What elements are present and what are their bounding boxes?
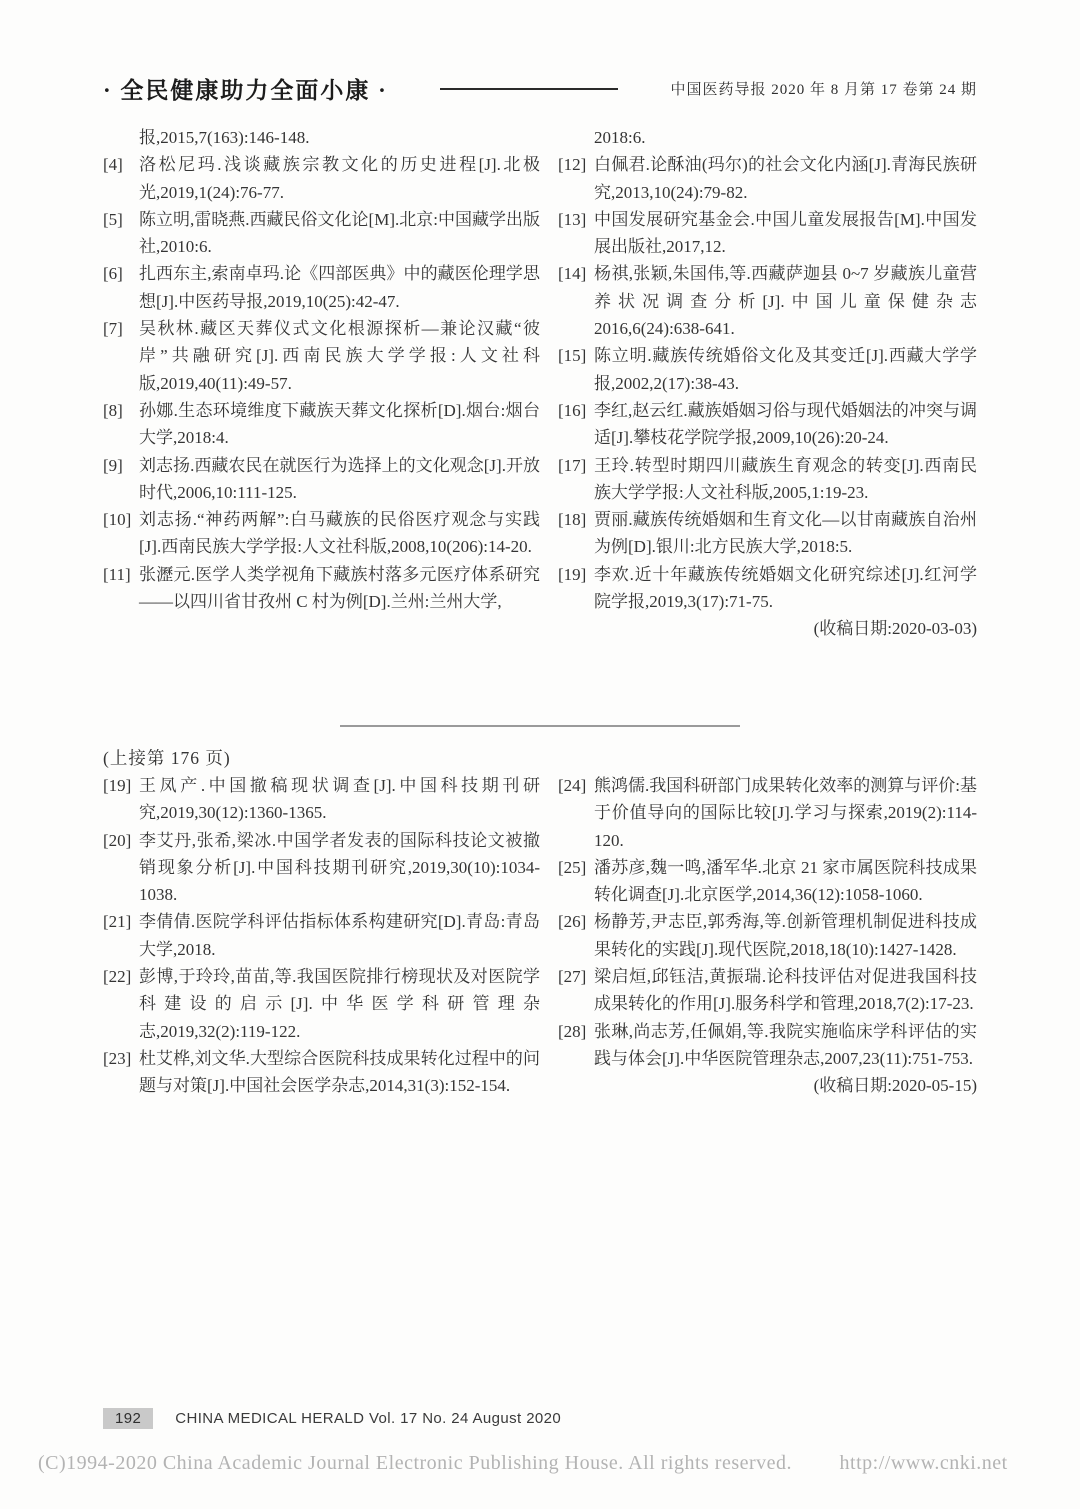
reference-number: [22] bbox=[103, 963, 131, 990]
reference-item: [28]张琳,尚志芳,任佩娟,等.我院实施临床学科评估的实践与体会[J].中华医… bbox=[558, 1018, 977, 1073]
reference-number: [26] bbox=[558, 908, 586, 935]
reference-text: 2018:6. bbox=[594, 128, 645, 147]
references-list-right: 2018:6.[12]白佩君.论酥油(玛尔)的社会文化内涵[J].青海民族研究,… bbox=[558, 124, 977, 615]
journal-page: · 全民健康助力全面小康 · 中国医药导报 2020 年 8 月第 17 卷第 … bbox=[0, 0, 1080, 1509]
reference-item: [27]梁启烜,邱钰洁,黄振瑞.论科技评估对促进我国科技成果转化的作用[J].服… bbox=[558, 963, 977, 1018]
reference-number: [24] bbox=[558, 772, 586, 799]
reference-number: [16] bbox=[558, 397, 586, 424]
reference-number: [14] bbox=[558, 260, 586, 287]
reference-item: [14]杨祺,张颖,朱国伟,等.西藏萨迦县 0~7 岁藏族儿童营养状况调查分析[… bbox=[558, 260, 977, 342]
reference-item: [10]刘志扬.“神药两解”:白马藏族的民俗医疗观念与实践[J].西南民族大学学… bbox=[103, 506, 540, 561]
reference-number: [11] bbox=[103, 561, 131, 588]
reference-text: 贾丽.藏族传统婚姻和生育文化—以甘南藏族自治州为例[D].银川:北方民族大学,2… bbox=[594, 510, 977, 556]
header-divider-line bbox=[440, 88, 618, 90]
reference-item: [15]陈立明.藏族传统婚俗文化及其变迁[J].西藏大学学报,2002,2(17… bbox=[558, 342, 977, 397]
copyright-text: (C)1994-2020 China Academic Journal Elec… bbox=[38, 1452, 792, 1474]
reference-item: [26]杨静芳,尹志臣,郭秀海,等.创新管理机制促进科技成果转化的实践[J].现… bbox=[558, 908, 977, 963]
reference-number: [12] bbox=[558, 151, 586, 178]
reference-item: [17]王玲.转型时期四川藏族生育观念的转变[J].西南民族大学学报:人文社科版… bbox=[558, 452, 977, 507]
reference-item: [18]贾丽.藏族传统婚姻和生育文化—以甘南藏族自治州为例[D].银川:北方民族… bbox=[558, 506, 977, 561]
reference-text: 王凤产.中国撤稿现状调查[J].中国科技期刊研究,2019,30(12):136… bbox=[139, 776, 540, 822]
reference-number: [21] bbox=[103, 908, 131, 935]
references-column-right-2: [24]熊鸿儒.我国科研部门成果转化效率的测算与评价:基于价值导向的国际比较[J… bbox=[558, 772, 977, 1100]
reference-text: 李红,赵云红.藏族婚姻习俗与现代婚姻法的冲突与调适[J].攀枝花学院学报,200… bbox=[594, 401, 977, 447]
section-divider-line bbox=[340, 725, 740, 727]
reference-item: [19]李欢.近十年藏族传统婚姻文化研究综述[J].红河学院学报,2019,3(… bbox=[558, 561, 977, 616]
reference-text: 张琳,尚志芳,任佩娟,等.我院实施临床学科评估的实践与体会[J].中华医院管理杂… bbox=[594, 1022, 977, 1068]
reference-item: [20]李艾丹,张希,梁冰.中国学者发表的国际科技论文被撤销现象分析[J].中国… bbox=[103, 827, 540, 909]
reference-item: [22]彭博,于玲玲,苗苗,等.我国医院排行榜现状及对医院学科建设的启示[J].… bbox=[103, 963, 540, 1045]
references-list-right-2: [24]熊鸿儒.我国科研部门成果转化效率的测算与评价:基于价值导向的国际比较[J… bbox=[558, 772, 977, 1072]
page-number-badge: 192 bbox=[103, 1408, 153, 1429]
reference-text: 梁启烜,邱钰洁,黄振瑞.论科技评估对促进我国科技成果转化的作用[J].服务科学和… bbox=[594, 967, 977, 1013]
reference-item: [8]孙娜.生态环境维度下藏族天葬文化探析[D].烟台:烟台大学,2018:4. bbox=[103, 397, 540, 452]
reference-item: [25]潘苏彦,魏一鸣,潘军华.北京 21 家市属医院科技成果转化调查[J].北… bbox=[558, 854, 977, 909]
reference-item: [11]张瀝元.医学人类学视角下藏族村落多元医疗体系研究——以四川省甘孜州 C … bbox=[103, 561, 540, 616]
reference-item: 2018:6. bbox=[558, 124, 977, 151]
copyright-url: http://www.cnki.net bbox=[840, 1452, 1008, 1474]
reference-item: [24]熊鸿儒.我国科研部门成果转化效率的测算与评价:基于价值导向的国际比较[J… bbox=[558, 772, 977, 854]
reference-text: 中国发展研究基金会.中国儿童发展报告[M].中国发展出版社,2017,12. bbox=[594, 210, 977, 256]
reference-text: 杜艾桦,刘文华.大型综合医院科技成果转化过程中的问题与对策[J].中国社会医学杂… bbox=[139, 1049, 540, 1095]
reference-text: 刘志扬.“神药两解”:白马藏族的民俗医疗观念与实践[J].西南民族大学学报:人文… bbox=[139, 510, 540, 556]
reference-text: 陈立明.藏族传统婚俗文化及其变迁[J].西藏大学学报,2002,2(17):38… bbox=[594, 346, 977, 392]
reference-number: [27] bbox=[558, 963, 586, 990]
reference-text: 扎西东主,索南卓玛.论《四部医典》中的藏医伦理学思想[J].中医药导报,2019… bbox=[139, 264, 540, 310]
page-footer: 192 CHINA MEDICAL HERALD Vol. 17 No. 24 … bbox=[103, 1408, 561, 1429]
reference-number: [6] bbox=[103, 260, 123, 287]
reference-text: 陈立明,雷晓燕.西藏民俗文化论[M].北京:中国藏学出版社,2010:6. bbox=[139, 210, 540, 256]
page-header: · 全民健康助力全面小康 · 中国医药导报 2020 年 8 月第 17 卷第 … bbox=[103, 72, 977, 105]
reference-item: [5]陈立明,雷晓燕.西藏民俗文化论[M].北京:中国藏学出版社,2010:6. bbox=[103, 206, 540, 261]
reference-number: [5] bbox=[103, 206, 123, 233]
reference-item: [4]洛松尼玛.浅谈藏族宗教文化的历史进程[J].北极光,2019,1(24):… bbox=[103, 151, 540, 206]
footer-journal-line: CHINA MEDICAL HERALD Vol. 17 No. 24 Augu… bbox=[175, 1410, 561, 1427]
reference-item: 报,2015,7(163):146-148. bbox=[103, 124, 540, 151]
reference-number: [20] bbox=[103, 827, 131, 854]
header-journal-info: 中国医药导报 2020 年 8 月第 17 卷第 24 期 bbox=[670, 78, 977, 99]
references-column-left: 报,2015,7(163):146-148.[4]洛松尼玛.浅谈藏族宗教文化的历… bbox=[103, 124, 540, 643]
copyright-line: (C)1994-2020 China Academic Journal Elec… bbox=[38, 1452, 1042, 1475]
received-date-section-2: (收稿日期:2020-05-15) bbox=[558, 1072, 977, 1099]
reference-item: [9]刘志扬.西藏农民在就医行为选择上的文化观念[J].开放时代,2006,10… bbox=[103, 452, 540, 507]
references-section-1: 报,2015,7(163):146-148.[4]洛松尼玛.浅谈藏族宗教文化的历… bbox=[103, 124, 977, 643]
reference-item: [13]中国发展研究基金会.中国儿童发展报告[M].中国发展出版社,2017,1… bbox=[558, 206, 977, 261]
reference-text: 李倩倩.医院学科评估指标体系构建研究[D].青岛:青岛大学,2018. bbox=[139, 912, 540, 958]
reference-text: 潘苏彦,魏一鸣,潘军华.北京 21 家市属医院科技成果转化调查[J].北京医学,… bbox=[594, 858, 977, 904]
references-section-2: [19]王凤产.中国撤稿现状调查[J].中国科技期刊研究,2019,30(12)… bbox=[103, 772, 977, 1100]
reference-text: 杨静芳,尹志臣,郭秀海,等.创新管理机制促进科技成果转化的实践[J].现代医院,… bbox=[594, 912, 977, 958]
received-date-section-1: (收稿日期:2020-03-03) bbox=[558, 615, 977, 642]
references-column-right: 2018:6.[12]白佩君.论酥油(玛尔)的社会文化内涵[J].青海民族研究,… bbox=[558, 124, 977, 643]
reference-text: 彭博,于玲玲,苗苗,等.我国医院排行榜现状及对医院学科建设的启示[J].中华医学… bbox=[139, 967, 540, 1041]
reference-text: 杨祺,张颖,朱国伟,等.西藏萨迦县 0~7 岁藏族儿童营养状况调查分析[J].中… bbox=[594, 264, 977, 338]
references-column-left-2: [19]王凤产.中国撤稿现状调查[J].中国科技期刊研究,2019,30(12)… bbox=[103, 772, 540, 1100]
reference-item: [19]王凤产.中国撤稿现状调查[J].中国科技期刊研究,2019,30(12)… bbox=[103, 772, 540, 827]
reference-number: [15] bbox=[558, 342, 586, 369]
reference-number: [28] bbox=[558, 1018, 586, 1045]
reference-text: 孙娜.生态环境维度下藏族天葬文化探析[D].烟台:烟台大学,2018:4. bbox=[139, 401, 540, 447]
reference-number: [8] bbox=[103, 397, 123, 424]
reference-number: [10] bbox=[103, 506, 131, 533]
reference-item: [7]吴秋林.藏区天葬仪式文化根源探析—兼论汉藏“彼岸”共融研究[J].西南民族… bbox=[103, 315, 540, 397]
header-slogan: · 全民健康助力全面小康 · bbox=[103, 72, 388, 105]
continued-from-label: (上接第 176 页) bbox=[103, 745, 231, 772]
reference-text: 报,2015,7(163):146-148. bbox=[139, 128, 309, 147]
reference-text: 王玲.转型时期四川藏族生育观念的转变[J].西南民族大学学报:人文社科版,200… bbox=[594, 456, 977, 502]
reference-item: [21]李倩倩.医院学科评估指标体系构建研究[D].青岛:青岛大学,2018. bbox=[103, 908, 540, 963]
reference-number: [13] bbox=[558, 206, 586, 233]
reference-item: [12]白佩君.论酥油(玛尔)的社会文化内涵[J].青海民族研究,2013,10… bbox=[558, 151, 977, 206]
reference-item: [23]杜艾桦,刘文华.大型综合医院科技成果转化过程中的问题与对策[J].中国社… bbox=[103, 1045, 540, 1100]
reference-text: 张瀝元.医学人类学视角下藏族村落多元医疗体系研究——以四川省甘孜州 C 村为例[… bbox=[139, 565, 540, 611]
reference-text: 吴秋林.藏区天葬仪式文化根源探析—兼论汉藏“彼岸”共融研究[J].西南民族大学学… bbox=[139, 319, 540, 393]
reference-text: 熊鸿儒.我国科研部门成果转化效率的测算与评价:基于价值导向的国际比较[J].学习… bbox=[594, 776, 977, 850]
reference-text: 李艾丹,张希,梁冰.中国学者发表的国际科技论文被撤销现象分析[J].中国科技期刊… bbox=[139, 831, 540, 905]
reference-number: [23] bbox=[103, 1045, 131, 1072]
reference-number: [25] bbox=[558, 854, 586, 881]
reference-item: [6]扎西东主,索南卓玛.论《四部医典》中的藏医伦理学思想[J].中医药导报,2… bbox=[103, 260, 540, 315]
reference-number: [19] bbox=[558, 561, 586, 588]
reference-text: 刘志扬.西藏农民在就医行为选择上的文化观念[J].开放时代,2006,10:11… bbox=[139, 456, 540, 502]
reference-text: 白佩君.论酥油(玛尔)的社会文化内涵[J].青海民族研究,2013,10(24)… bbox=[594, 155, 977, 201]
reference-item: [16]李红,赵云红.藏族婚姻习俗与现代婚姻法的冲突与调适[J].攀枝花学院学报… bbox=[558, 397, 977, 452]
reference-number: [17] bbox=[558, 452, 586, 479]
reference-number: [7] bbox=[103, 315, 123, 342]
reference-number: [9] bbox=[103, 452, 123, 479]
reference-text: 李欢.近十年藏族传统婚姻文化研究综述[J].红河学院学报,2019,3(17):… bbox=[594, 565, 977, 611]
reference-number: [19] bbox=[103, 772, 131, 799]
reference-number: [4] bbox=[103, 151, 123, 178]
reference-text: 洛松尼玛.浅谈藏族宗教文化的历史进程[J].北极光,2019,1(24):76-… bbox=[139, 155, 540, 201]
reference-number: [18] bbox=[558, 506, 586, 533]
